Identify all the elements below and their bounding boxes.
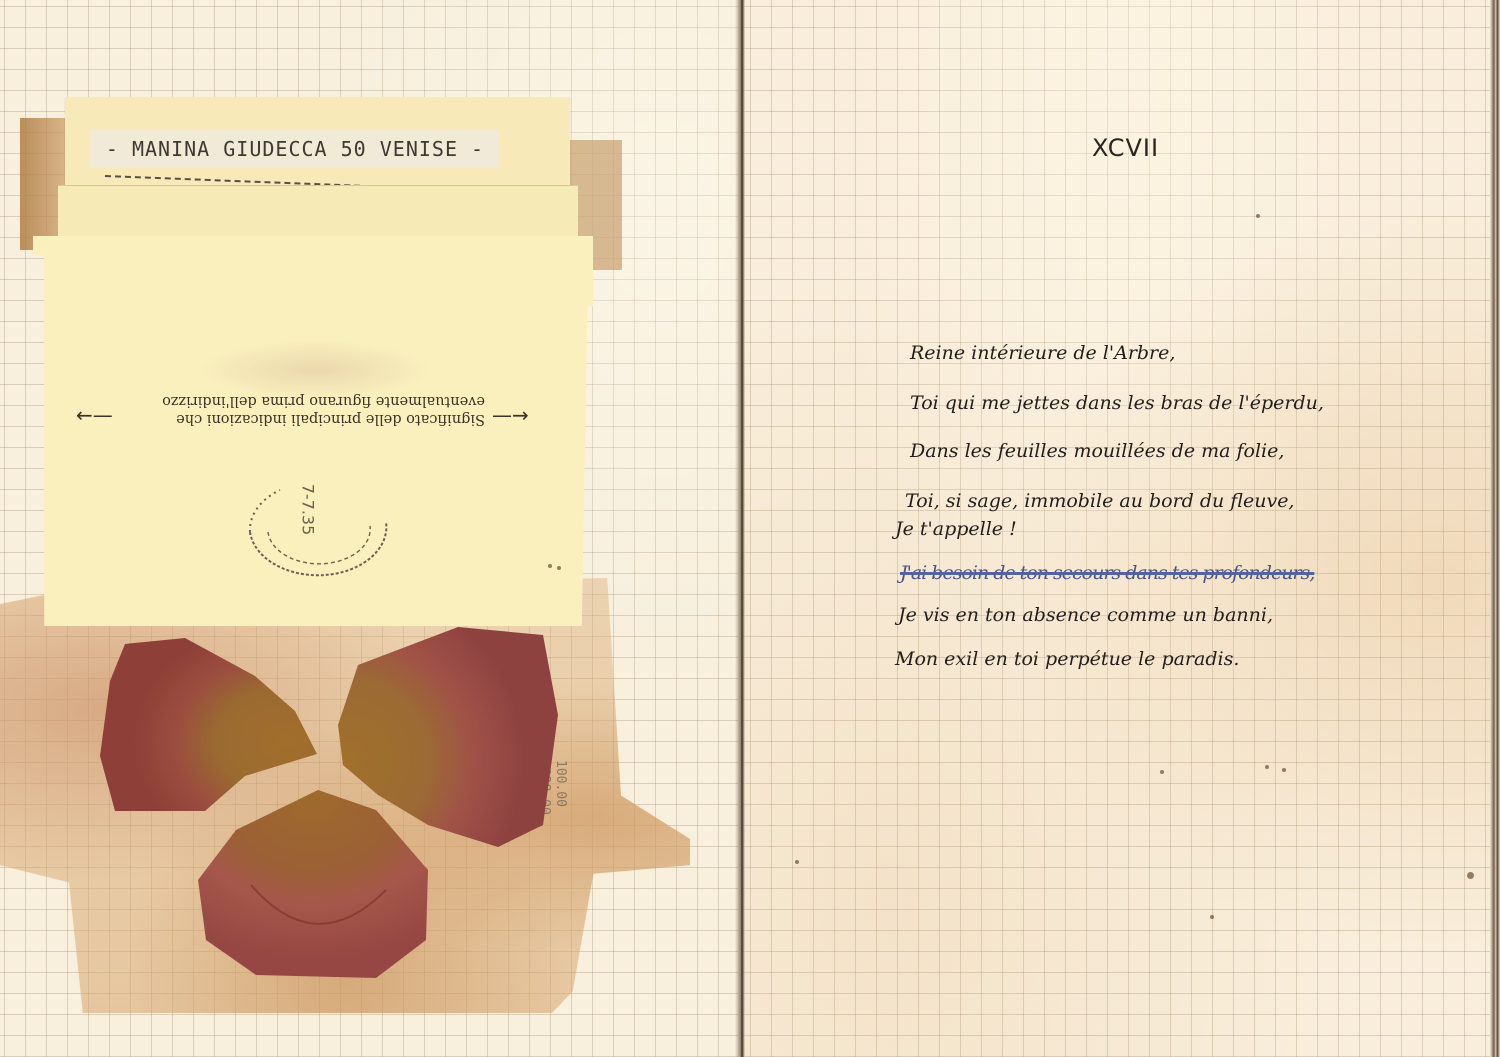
notebook-spine <box>735 0 745 1057</box>
poem-line: Je vis en ton absence comme un banni, <box>898 604 1273 626</box>
foxing-spot <box>1256 214 1260 218</box>
address-text: - MANINA GIUDECCA 50 VENISE - <box>106 137 484 161</box>
struck-poem-line: J'ai besoin de ton secours dans tes prof… <box>900 562 1314 584</box>
poem-line: Toi, si sage, immobile au bord du fleuve… <box>905 490 1294 512</box>
printed-line: eventualmente figurano prima dell'indiri… <box>145 392 485 410</box>
telegram-printed-text: Significato delle principali indicazioni… <box>145 392 485 428</box>
arrow-right-icon: —→ <box>492 403 529 427</box>
chapter-numeral: XCVII <box>1092 134 1159 162</box>
poem-line: Mon exil en toi perpétue le paradis. <box>895 648 1239 670</box>
postmark-stamp-icon <box>240 482 396 582</box>
foxing-spot <box>548 564 552 568</box>
foxing-spot <box>795 860 799 864</box>
postmark-date: 7-7.35 <box>298 484 317 536</box>
pressed-petal-icon <box>196 790 436 980</box>
foxing-spot <box>557 566 561 570</box>
page-edge <box>1490 0 1500 1057</box>
poem-line: Je t'appelle ! <box>895 518 1017 540</box>
foxing-spot <box>1210 915 1214 919</box>
foxing-spot <box>1282 768 1286 772</box>
printed-line: Significato delle principali indicazioni… <box>145 410 485 428</box>
address-strip: - MANINA GIUDECCA 50 VENISE - <box>90 130 500 168</box>
foxing-spot <box>1265 765 1269 769</box>
arrow-left-icon: ←— <box>76 403 113 427</box>
poem-line: Dans les feuilles mouillées de ma folie, <box>910 440 1284 462</box>
foxing-spot <box>1467 872 1474 879</box>
poem-line: Reine intérieure de l'Arbre, <box>910 342 1175 364</box>
stain <box>195 340 435 400</box>
poem-line: Toi qui me jettes dans les bras de l'épe… <box>910 392 1324 414</box>
foxing-spot <box>1160 770 1164 774</box>
